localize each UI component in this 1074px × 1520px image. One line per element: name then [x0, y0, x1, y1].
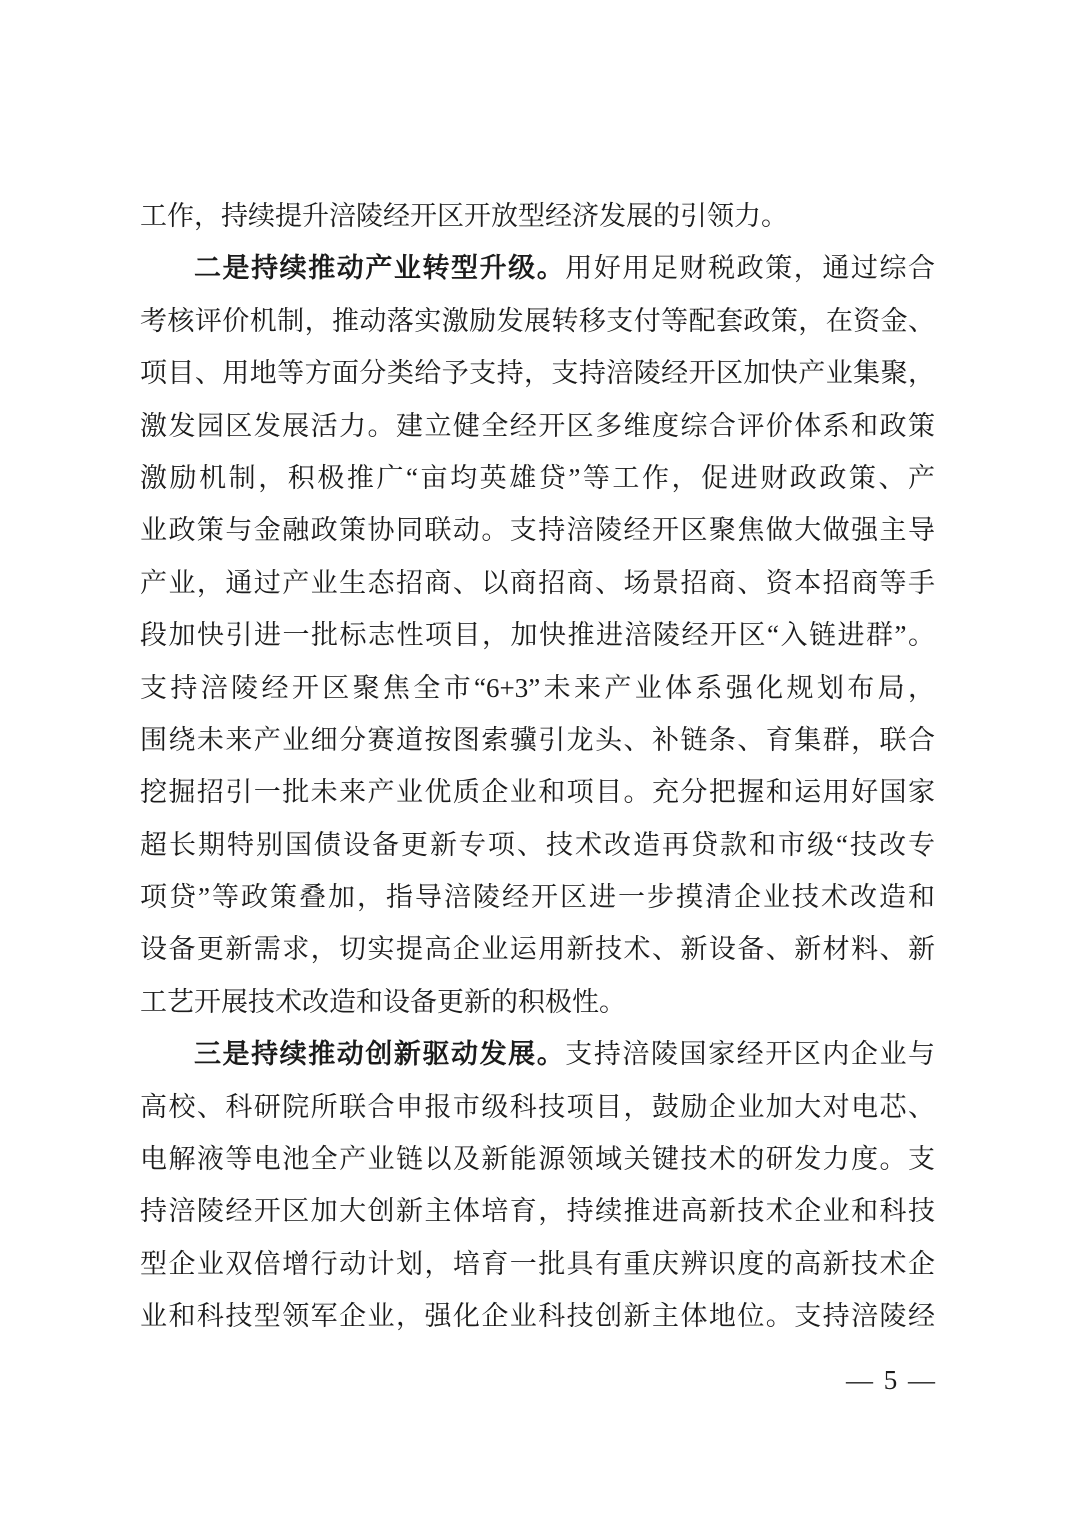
- text-line: 型企业双倍增行动计划，培育一批具有重庆辨识度的高新技术企: [140, 1238, 935, 1290]
- text-line: 工作，持续提升涪陵经开区开放型经济发展的引领力。: [140, 190, 935, 242]
- document-page: 工作，持续提升涪陵经开区开放型经济发展的引领力。二是持续推动产业转型升级。用好用…: [0, 0, 1074, 1520]
- text-line: 激励机制，积极推广“亩均英雄贷”等工作，促进财政政策、产: [140, 452, 935, 504]
- text-line: 挖掘招引一批未来产业优质企业和项目。充分把握和运用好国家: [140, 766, 935, 818]
- text-line: 三是持续推动创新驱动发展。支持涪陵国家经开区内企业与: [140, 1028, 935, 1080]
- text-line: 项贷”等政策叠加，指导涪陵经开区进一步摸清企业技术改造和: [140, 871, 935, 923]
- text-line: 产业，通过产业生态招商、以商招商、场景招商、资本招商等手: [140, 557, 935, 609]
- text-line: 电解液等电池全产业链以及新能源领域关键技术的研发力度。支: [140, 1133, 935, 1185]
- paragraph-text: 支持涪陵国家经开区内企业与: [565, 1039, 935, 1069]
- paragraph-lead: 二是持续推动产业转型升级。: [194, 253, 565, 283]
- text-line: 项目、用地等方面分类给予支持，支持涪陵经开区加快产业集聚，: [140, 347, 935, 399]
- text-line: 设备更新需求，切实提高企业运用新技术、新设备、新材料、新: [140, 923, 935, 975]
- text-line: 段加快引进一批标志性项目，加快推进涪陵经开区“入链进群”。: [140, 609, 935, 661]
- text-line: 二是持续推动产业转型升级。用好用足财税政策，通过综合: [140, 242, 935, 294]
- paragraph-text: 用好用足财税政策，通过综合: [565, 253, 935, 283]
- page-number: — 5 —: [846, 1365, 937, 1395]
- text-line: 激发园区发展活力。建立健全经开区多维度综合评价体系和政策: [140, 400, 935, 452]
- text-line: 工艺开展技术改造和设备更新的积极性。: [140, 976, 935, 1028]
- paragraph-lead: 三是持续推动创新驱动发展。: [194, 1039, 565, 1069]
- text-line: 高校、科研院所联合申报市级科技项目，鼓励企业加大对电芯、: [140, 1081, 935, 1133]
- text-line: 考核评价机制，推动落实激励发展转移支付等配套政策，在资金、: [140, 295, 935, 347]
- document-text-block: 工作，持续提升涪陵经开区开放型经济发展的引领力。二是持续推动产业转型升级。用好用…: [140, 190, 935, 1343]
- text-line: 业和科技型领军企业，强化企业科技创新主体地位。支持涪陵经: [140, 1290, 935, 1342]
- text-line: 超长期特别国债设备更新专项、技术改造再贷款和市级“技改专: [140, 819, 935, 871]
- text-line: 支持涪陵经开区聚焦全市“6+3”未来产业体系强化规划布局，: [140, 662, 935, 714]
- text-line: 持涪陵经开区加大创新主体培育，持续推进高新技术企业和科技: [140, 1185, 935, 1237]
- text-line: 围绕未来产业细分赛道按图索骥引龙头、补链条、育集群，联合: [140, 714, 935, 766]
- text-line: 业政策与金融政策协同联动。支持涪陵经开区聚焦做大做强主导: [140, 504, 935, 556]
